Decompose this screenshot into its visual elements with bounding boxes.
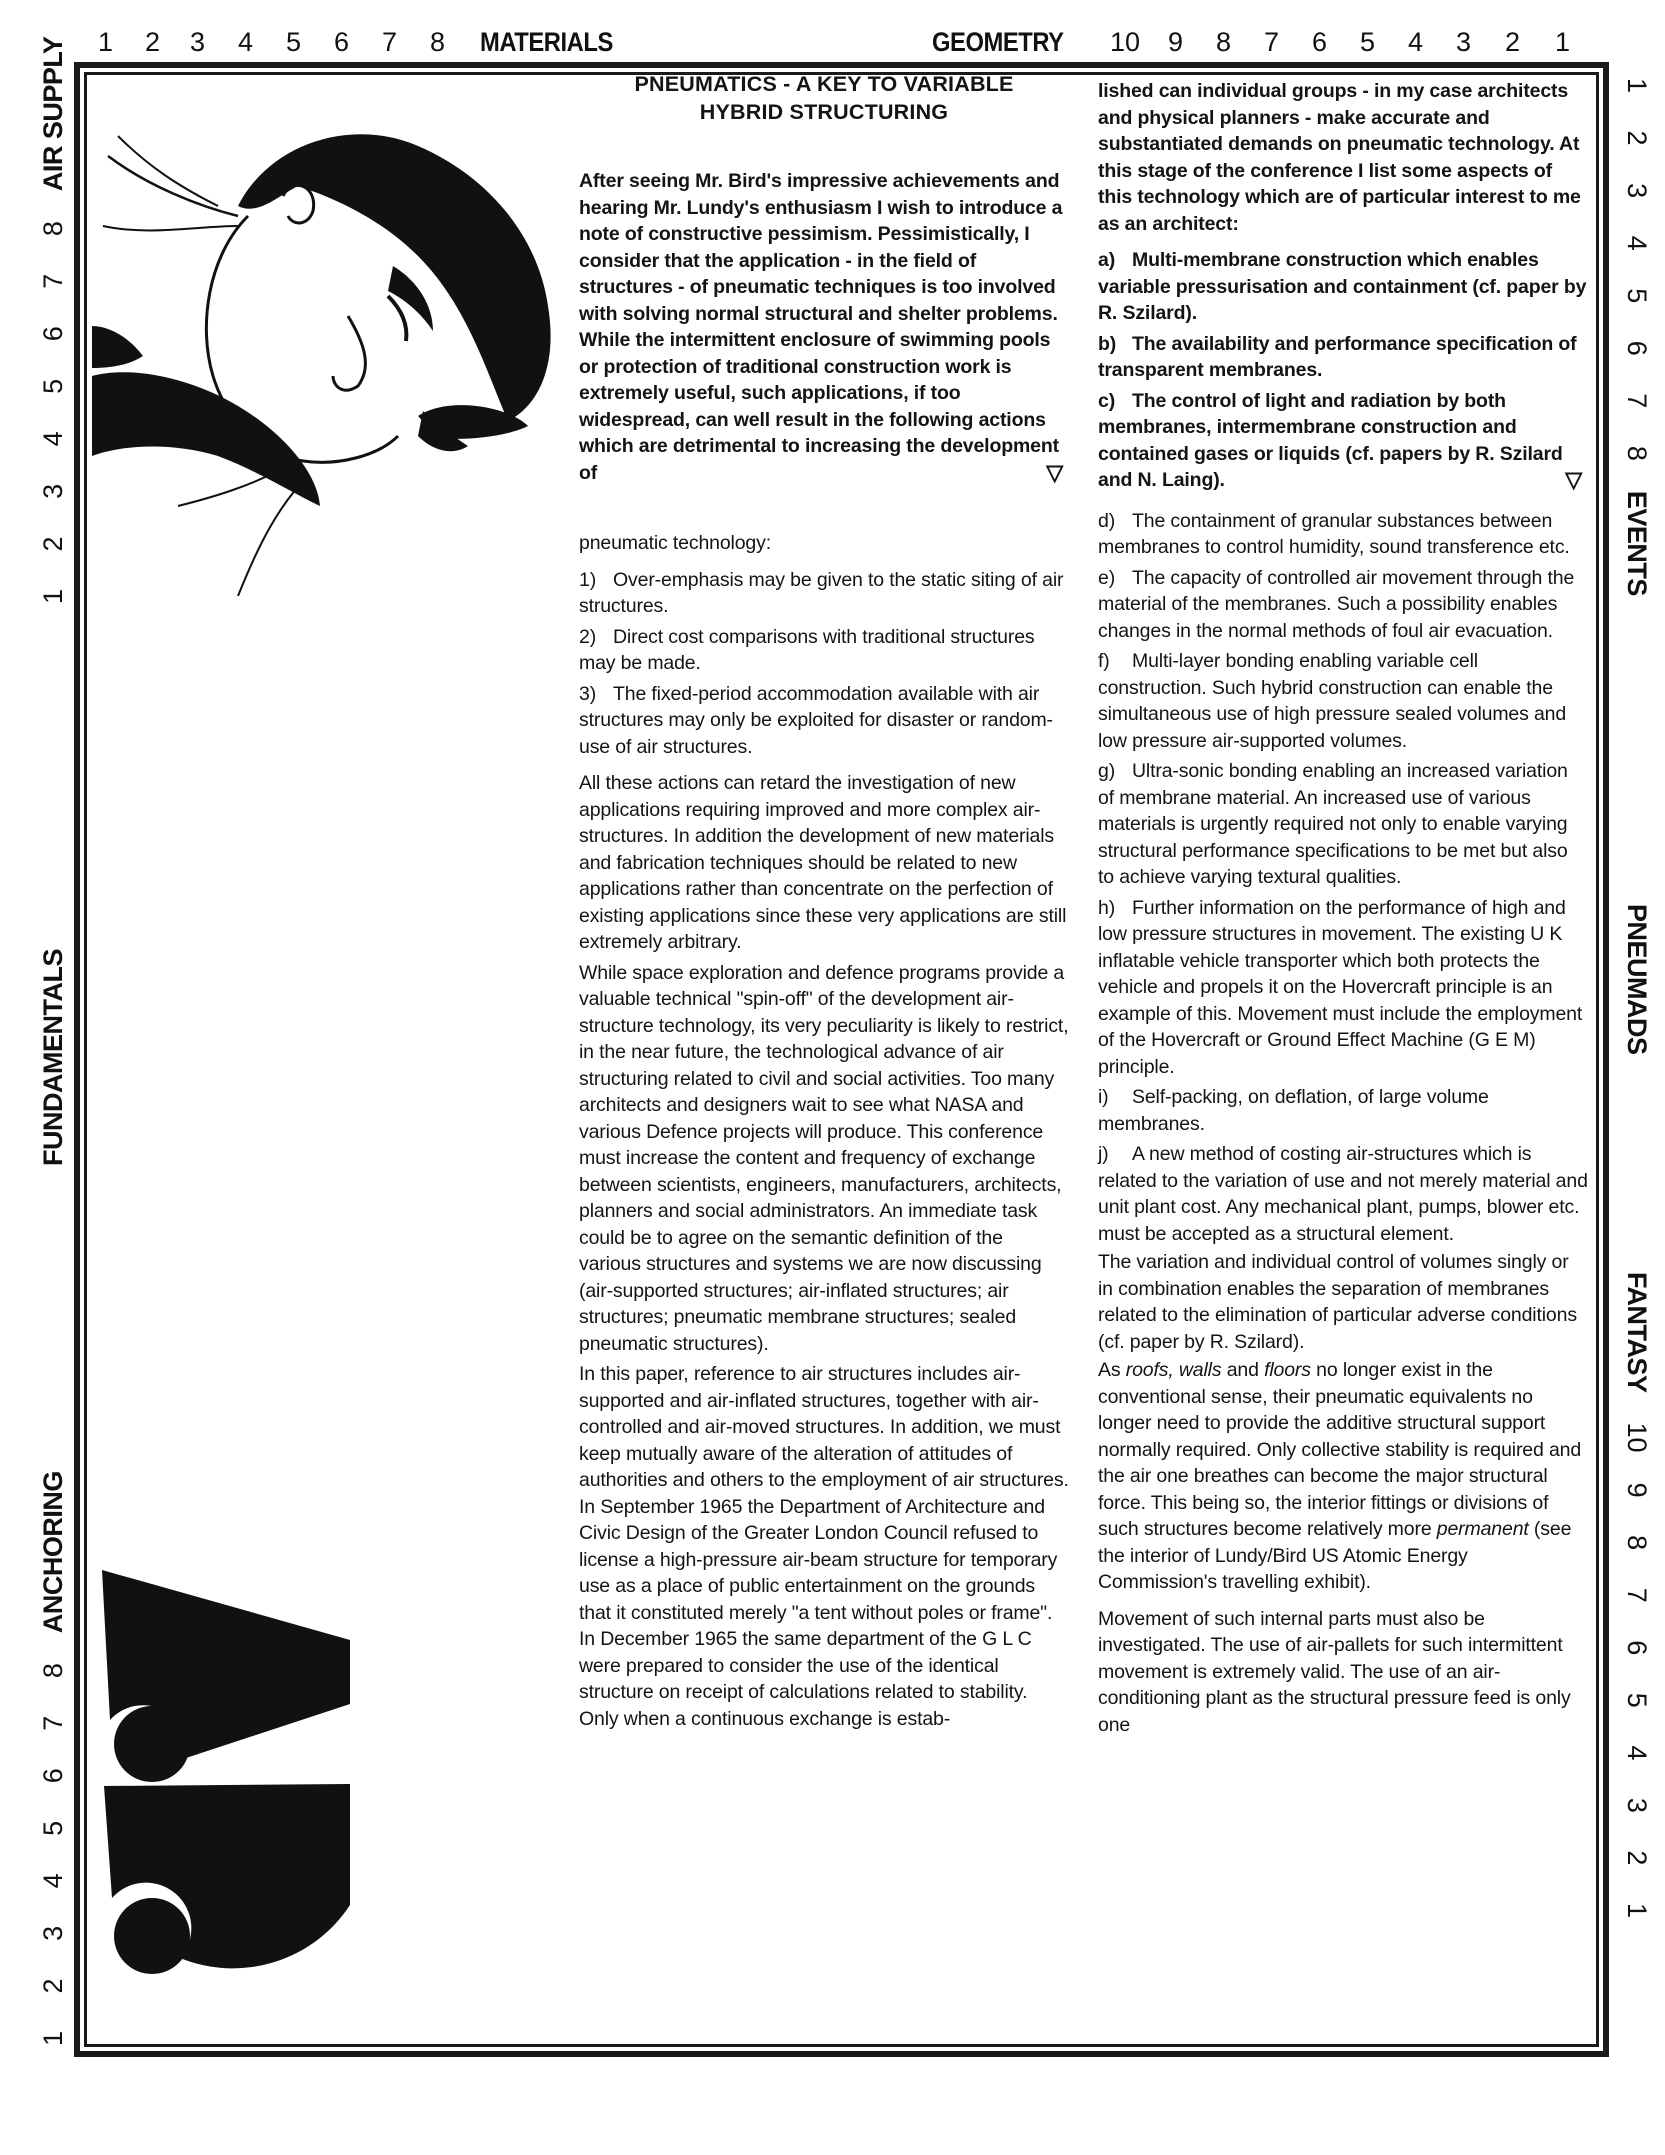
ruler-number: 10 — [1110, 24, 1140, 60]
ruler-label-events: EVENTS — [1622, 491, 1652, 596]
continued-paragraph: pneumatic technology: — [579, 530, 1069, 557]
ruler-number: 1 — [1622, 1903, 1652, 1918]
left-ruler-top: 1 2 3 4 5 6 7 8 AIR SUPPLY — [40, 37, 67, 604]
aspect-item: b)The availability and performance speci… — [1098, 331, 1588, 384]
ruler-number: 8 — [430, 24, 445, 60]
ruler-number: 3 — [1622, 183, 1652, 198]
item-tag: i) — [1098, 1084, 1132, 1111]
ruler-number: 5 — [1622, 288, 1652, 303]
ruler-number: 8 — [38, 221, 68, 236]
left-ruler-middle: FUNDAMENTALS — [40, 949, 67, 1166]
ruler-number: 8 — [1216, 24, 1231, 60]
ruler-number: 10 — [1622, 1423, 1652, 1453]
aspect-item: g)Ultra-sonic bonding enabling an increa… — [1098, 758, 1588, 891]
ruler-number: 4 — [1408, 24, 1423, 60]
intro-text: After seeing Mr. Bird's impressive achie… — [579, 170, 1062, 484]
ruler-number: 5 — [1360, 24, 1375, 60]
ruler-number: 3 — [1456, 24, 1471, 60]
title-line-2: HYBRID STRUCTURING — [579, 98, 1069, 126]
point-item: 3)The fixed-period accommodation availab… — [579, 681, 1069, 761]
item-text: Multi-membrane construction which enable… — [1098, 249, 1586, 324]
ruler-number: 6 — [1312, 24, 1327, 60]
ruler-number: 2 — [38, 1978, 68, 1993]
ruler-number: 4 — [38, 1873, 68, 1888]
aspect-item: j)A new method of costing air-structures… — [1098, 1141, 1588, 1247]
item-tag: c) — [1098, 388, 1132, 415]
item-tag: 2) — [579, 624, 613, 651]
item-text: The fixed-period accommodation available… — [579, 683, 1053, 758]
ruler-label-pneumads: PNEUMADS — [1622, 904, 1652, 1055]
ruler-label-fundamentals: FUNDAMENTALS — [38, 949, 68, 1166]
ruler-number: 6 — [38, 326, 68, 341]
item-text: Over-emphasis may be given to the static… — [579, 569, 1063, 618]
ruler-number: 8 — [38, 1663, 68, 1678]
item-tag: d) — [1098, 508, 1132, 535]
ruler-number: 2 — [1622, 131, 1652, 146]
ruler-number: 1 — [1622, 78, 1652, 93]
point-item: 2)Direct cost comparisons with tradition… — [579, 624, 1069, 677]
top-ruler: 1 2 3 4 5 6 7 8 MATERIALS GEOMETRY 10 9 … — [0, 24, 1665, 60]
aspect-item: a)Multi-membrane construction which enab… — [1098, 247, 1588, 327]
ruler-number: 6 — [38, 1768, 68, 1783]
item-text: Further information on the performance o… — [1098, 897, 1582, 1078]
ruler-number: 2 — [38, 536, 68, 551]
article-title: PNEUMATICS - A KEY TO VARIABLE HYBRID ST… — [579, 70, 1069, 126]
ruler-number: 4 — [1622, 1745, 1652, 1760]
item-text: The capacity of controlled air movement … — [1098, 567, 1574, 642]
ruler-number: 6 — [1622, 1640, 1652, 1655]
ruler-number: 5 — [38, 379, 68, 394]
item-text: Ultra-sonic bonding enabling an increase… — [1098, 760, 1568, 888]
ruler-number: 7 — [38, 274, 68, 289]
left-ruler-bottom: 1 2 3 4 5 6 7 8 ANCHORING — [40, 1471, 67, 2046]
aspect-item: i)Self-packing, on deflation, of large v… — [1098, 1084, 1588, 1137]
item-text: The containment of granular substances b… — [1098, 510, 1570, 559]
ruler-number: 7 — [1264, 24, 1279, 60]
ruler-number: 1 — [98, 24, 113, 60]
article-column-1: PNEUMATICS - A KEY TO VARIABLE HYBRID ST… — [579, 70, 1069, 1732]
item-tag: h) — [1098, 895, 1132, 922]
portrait-illustration: Cedric Price — [88, 76, 558, 596]
item-text: Self-packing, on deflation, of large vol… — [1098, 1086, 1489, 1135]
abstract-logo-icon — [88, 1530, 408, 2030]
ruler-number: 8 — [1622, 1535, 1652, 1550]
ruler-label-air-supply: AIR SUPPLY — [38, 37, 68, 192]
ruler-number: 1 — [38, 2031, 68, 2046]
ruler-label-materials: MATERIALS — [480, 24, 613, 60]
article-column-2: lished can individual groups - in my cas… — [1098, 78, 1588, 1738]
item-text: Multi-layer bonding enabling variable ce… — [1098, 650, 1566, 752]
ruler-number: 6 — [334, 24, 349, 60]
ruler-label-fantasy: FANTASY — [1622, 1272, 1652, 1393]
text-run: no longer exist in the conventional sens… — [1098, 1359, 1581, 1540]
item-text: A new method of costing air-structures w… — [1098, 1143, 1588, 1245]
body-paragraph: As roofs, walls and floors no longer exi… — [1098, 1357, 1588, 1596]
ruler-number: 3 — [38, 1926, 68, 1941]
body-paragraph: Movement of such internal parts must als… — [1098, 1606, 1588, 1739]
ruler-number: 7 — [38, 1716, 68, 1731]
item-text: The availability and performance specifi… — [1098, 333, 1577, 382]
item-tag: j) — [1098, 1141, 1132, 1168]
item-tag: 3) — [579, 681, 613, 708]
aspect-item: f)Multi-layer bonding enabling variable … — [1098, 648, 1588, 754]
emphasis-text: permanent — [1437, 1518, 1529, 1540]
ruler-number: 3 — [190, 24, 205, 60]
aspect-item: e)The capacity of controlled air movemen… — [1098, 565, 1588, 645]
title-line-1: PNEUMATICS - A KEY TO VARIABLE — [579, 70, 1069, 98]
right-ruler-bottom: FANTASY 10 9 8 7 6 5 4 3 2 1 — [1623, 1272, 1650, 1918]
text-run: As — [1098, 1359, 1126, 1381]
aspect-item: d)The containment of granular substances… — [1098, 508, 1588, 561]
portrait-drawing-icon: Cedric Price — [88, 76, 558, 596]
ruler-number: 6 — [1622, 341, 1652, 356]
body-paragraph: lished can individual groups - in my cas… — [1098, 78, 1588, 237]
intro-paragraph: After seeing Mr. Bird's impressive achie… — [579, 168, 1069, 486]
ruler-number: 7 — [382, 24, 397, 60]
ruler-number: 2 — [1505, 24, 1520, 60]
ruler-label-geometry: GEOMETRY — [932, 24, 1064, 60]
ruler-number: 9 — [1168, 24, 1183, 60]
right-ruler-top: 1 2 3 4 5 6 7 8 EVENTS — [1623, 78, 1650, 596]
ruler-number: 2 — [145, 24, 160, 60]
ruler-number: 7 — [1622, 393, 1652, 408]
point-item: 1)Over-emphasis may be given to the stat… — [579, 567, 1069, 620]
ruler-number: 4 — [1622, 236, 1652, 251]
aspect-item: h)Further information on the performance… — [1098, 895, 1588, 1081]
text-run: and — [1221, 1359, 1264, 1381]
body-paragraph: While space exploration and defence prog… — [579, 960, 1069, 1358]
item-tag: e) — [1098, 565, 1132, 592]
ruler-number: 1 — [38, 589, 68, 604]
item-tag: b) — [1098, 331, 1132, 358]
continuation-triangle-icon: ▽ — [1046, 460, 1063, 487]
ruler-number: 4 — [38, 431, 68, 446]
body-paragraph: The variation and individual control of … — [1098, 1249, 1588, 1355]
item-tag: f) — [1098, 648, 1132, 675]
ruler-label-anchoring: ANCHORING — [38, 1471, 68, 1633]
ruler-number: 9 — [1622, 1483, 1652, 1498]
ruler-number: 3 — [1622, 1798, 1652, 1813]
ruler-number: 1 — [1555, 24, 1570, 60]
item-tag: 1) — [579, 567, 613, 594]
ruler-number: 3 — [38, 484, 68, 499]
ruler-number: 5 — [1622, 1693, 1652, 1708]
aspect-item: c)The control of light and radiation by … — [1098, 388, 1588, 494]
ruler-number: 7 — [1622, 1588, 1652, 1603]
ruler-number: 5 — [286, 24, 301, 60]
logo-graphic — [88, 1530, 408, 2030]
continuation-triangle-icon: ▽ — [1565, 467, 1582, 494]
emphasis-text: floors — [1264, 1359, 1311, 1381]
item-tag: g) — [1098, 758, 1132, 785]
ruler-number: 4 — [238, 24, 253, 60]
ruler-number: 2 — [1622, 1850, 1652, 1865]
ruler-number: 8 — [1622, 446, 1652, 461]
right-ruler-middle: PNEUMADS — [1623, 904, 1650, 1055]
item-text: Direct cost comparisons with traditional… — [579, 626, 1035, 675]
body-paragraph: In this paper, reference to air structur… — [579, 1361, 1069, 1732]
item-tag: a) — [1098, 247, 1132, 274]
ruler-number: 5 — [38, 1821, 68, 1836]
item-text: The control of light and radiation by bo… — [1098, 390, 1563, 492]
body-paragraph: All these actions can retard the investi… — [579, 770, 1069, 956]
emphasis-text: roofs, walls — [1126, 1359, 1222, 1381]
